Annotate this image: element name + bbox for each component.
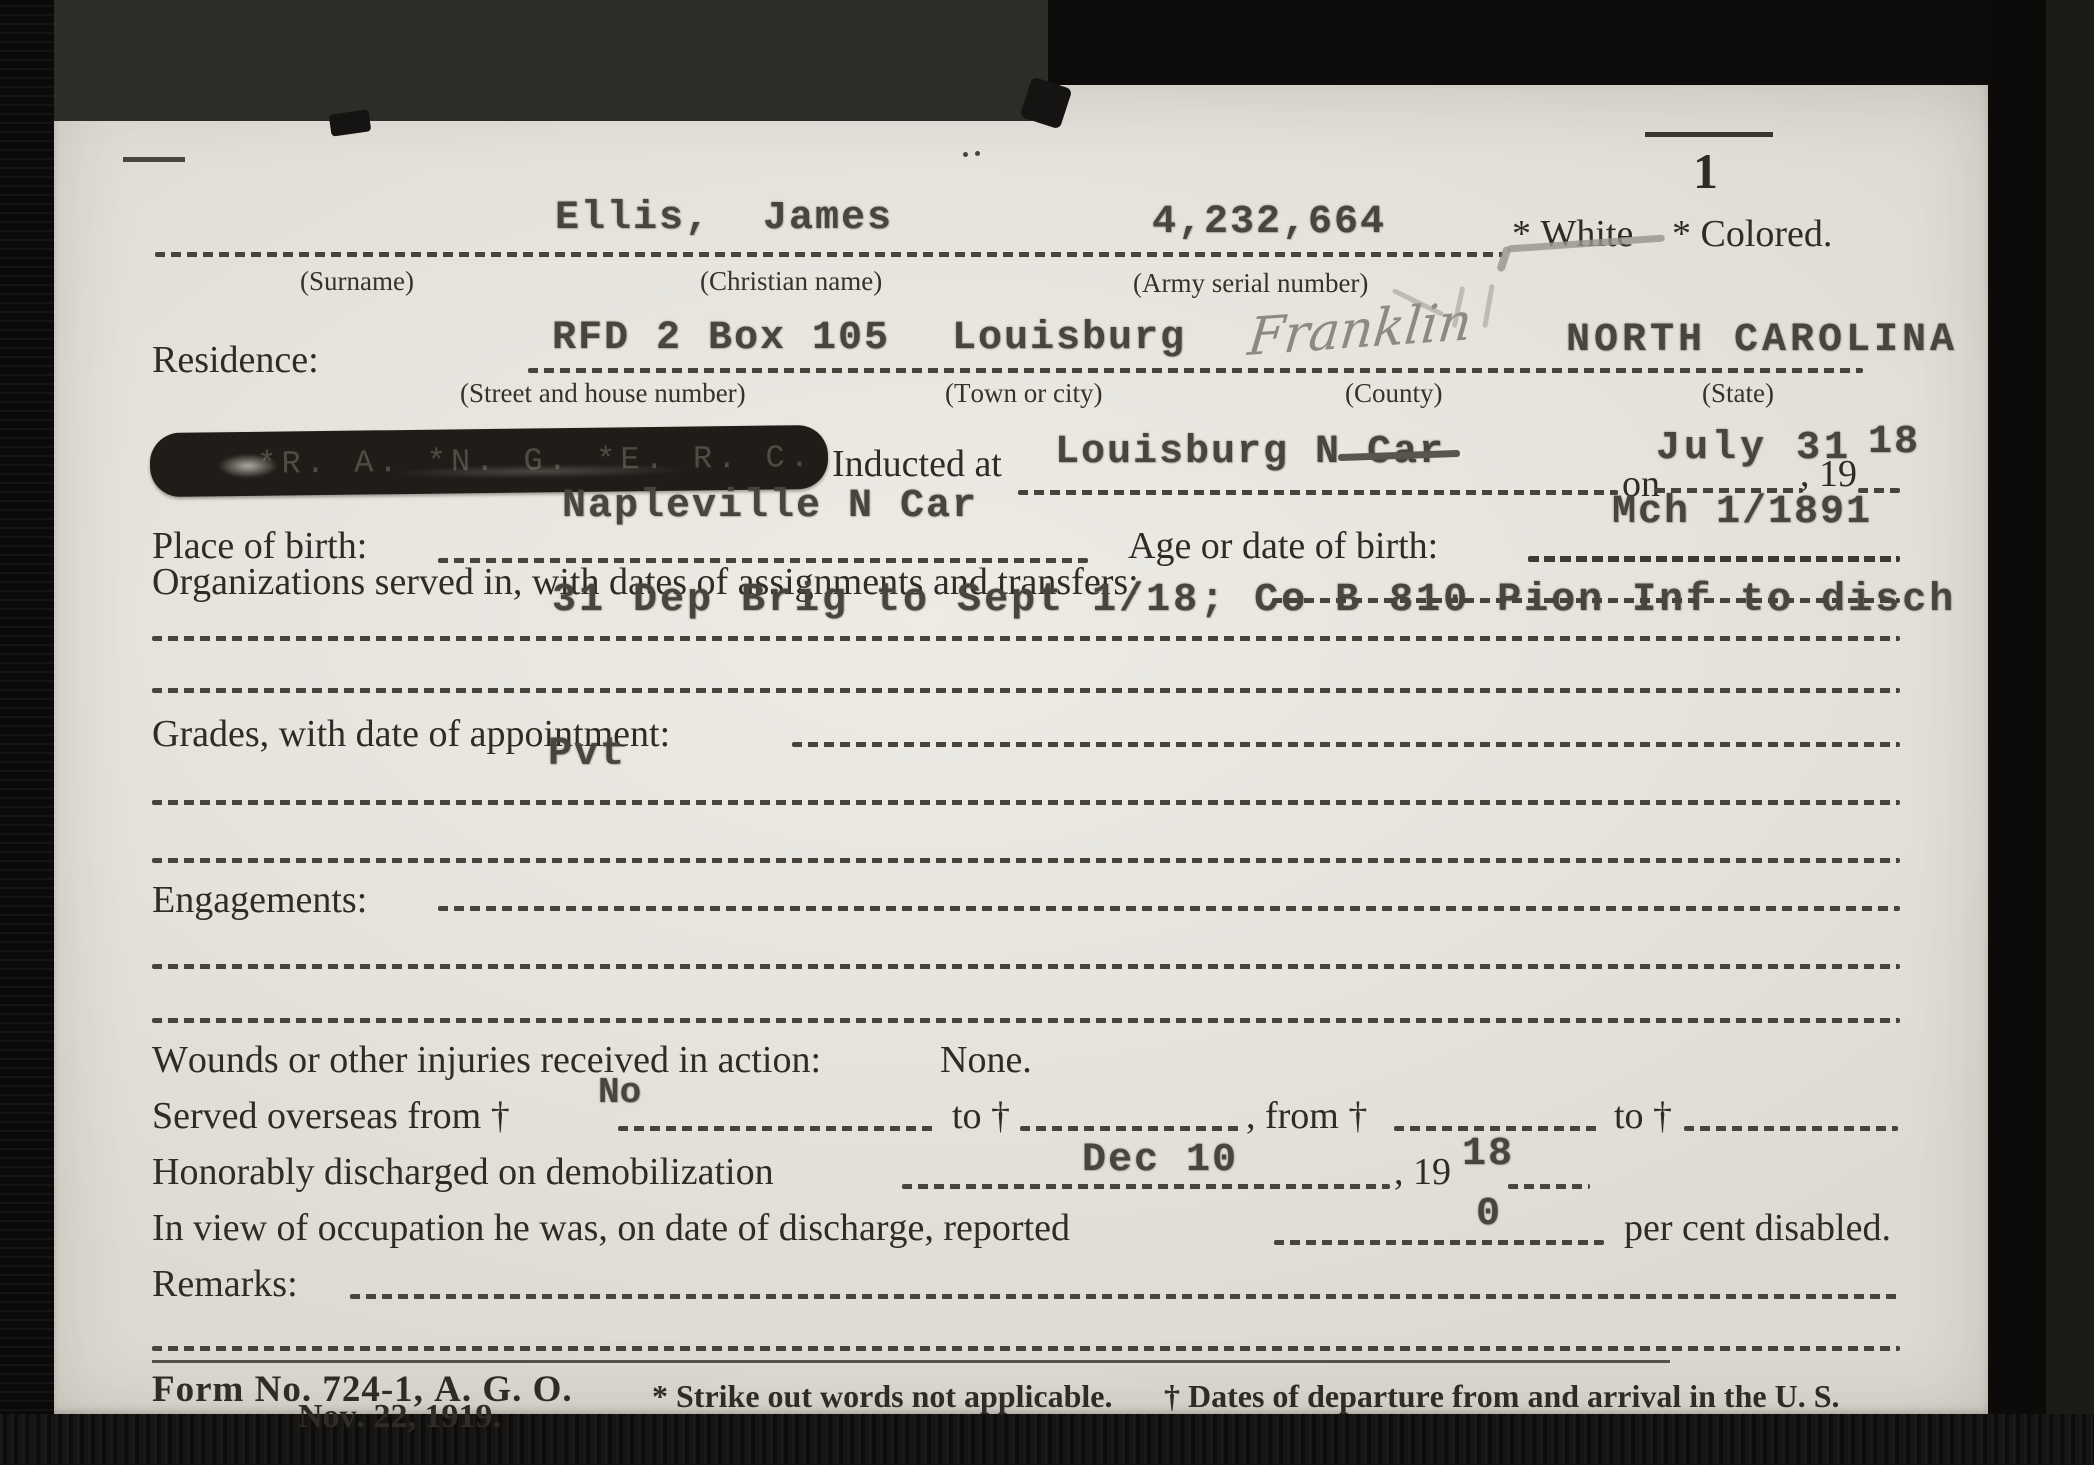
remarks-line — [350, 1294, 1898, 1299]
page-number: 1 — [1693, 142, 1718, 200]
scan-border-left — [0, 0, 54, 1465]
scan-mark-dots — [963, 152, 968, 157]
residence-line — [528, 368, 1863, 373]
race-colored: * Colored. — [1672, 212, 1832, 256]
discharge-19-label: , 19 — [1394, 1150, 1451, 1194]
overseas-label: Served overseas from † — [152, 1094, 510, 1138]
overseas-line-1 — [618, 1126, 936, 1131]
label-town: (Town or city) — [945, 378, 1102, 409]
disability-value: 0 — [1476, 1192, 1502, 1237]
scanned-service-card: 1 Ellis, James 4,232,664 * White * Color… — [0, 0, 2094, 1465]
overseas-from2-label: , from † — [1246, 1094, 1367, 1138]
form-date: Nov. 22, 1919. — [298, 1398, 501, 1436]
age-label: Age or date of birth: — [1128, 524, 1438, 568]
disability-label: In view of occupation he was, on date of… — [152, 1206, 1070, 1250]
label-army-serial: (Army serial number) — [1133, 268, 1368, 299]
engagements-line-1 — [438, 906, 1900, 911]
wounds-label: Wounds or other injuries received in act… — [152, 1038, 821, 1082]
overseas-value: No — [598, 1072, 641, 1113]
engagements-label: Engagements: — [152, 878, 367, 922]
overseas-line-2 — [1020, 1126, 1242, 1131]
overseas-to2-label: to † — [1614, 1094, 1672, 1138]
discharge-date-value: Dec 10 — [1082, 1138, 1238, 1183]
residence-street-value: RFD 2 Box 105 — [552, 316, 890, 361]
overseas-line-3 — [1394, 1126, 1598, 1131]
inducted-line — [1018, 490, 1618, 495]
disability-suffix-label: per cent disabled. — [1624, 1206, 1891, 1250]
footnote-strike: * Strike out words not applicable. — [652, 1378, 1112, 1415]
grades-line-2 — [152, 800, 1900, 805]
page-number-rule — [1645, 132, 1773, 137]
inducted-year-value: 18 — [1868, 420, 1920, 465]
residence-town-value: Louisburg — [952, 316, 1186, 361]
residence-state-value: NORTH CAROLINA — [1566, 318, 1958, 363]
organizations-value: 31 Dep Brig to Sept 1/18; Co B 810 Pion … — [552, 578, 1956, 623]
label-street: (Street and house number) — [460, 378, 746, 409]
scan-border-top — [52, 0, 1048, 121]
birth-place-value: Napleville N Car — [562, 484, 978, 529]
serial-number-value: 4,232,664 — [1152, 200, 1386, 245]
discharge-line — [902, 1184, 1390, 1189]
organizations-line-2 — [152, 636, 1900, 641]
redacted-text: *R. A. *N. G. *E. R. C. — [257, 439, 814, 483]
remarks-label: Remarks: — [152, 1262, 298, 1306]
organizations-line-3 — [152, 688, 1900, 693]
discharge-label: Honorably discharged on demobilization — [152, 1150, 774, 1194]
name-line — [155, 252, 1503, 257]
label-christian-name: (Christian name) — [700, 266, 882, 297]
closing-solid-rule — [152, 1360, 1670, 1363]
footnote-dagger: † Dates of departure from and arrival in… — [1164, 1378, 1839, 1415]
scan-mark-dots — [975, 151, 980, 156]
grades-value: Pvt — [548, 732, 626, 777]
scan-border-right — [1988, 0, 2094, 1465]
grades-line-3 — [152, 858, 1900, 863]
age-value: Mch 1/1891 — [1612, 490, 1872, 535]
residence-label: Residence: — [152, 338, 319, 382]
label-county: (County) — [1345, 378, 1443, 409]
discharge-year-line — [1508, 1184, 1590, 1189]
closing-dashed-rule — [152, 1346, 1900, 1351]
engagements-line-2 — [152, 964, 1900, 969]
overseas-to1-label: to † — [952, 1094, 1010, 1138]
grades-line-1 — [792, 742, 1900, 747]
disability-line — [1274, 1240, 1604, 1245]
overseas-line-4 — [1684, 1126, 1898, 1131]
discharge-year-value: 18 — [1462, 1132, 1514, 1177]
label-state: (State) — [1702, 378, 1774, 409]
scan-mark-dash — [123, 157, 185, 162]
name-value: Ellis, James — [555, 196, 893, 241]
wounds-value: None. — [940, 1038, 1032, 1082]
label-surname: (Surname) — [300, 266, 414, 297]
age-line — [1528, 556, 1900, 562]
engagements-line-3 — [152, 1018, 1900, 1023]
inducted-at-label: Inducted at — [832, 442, 1002, 486]
